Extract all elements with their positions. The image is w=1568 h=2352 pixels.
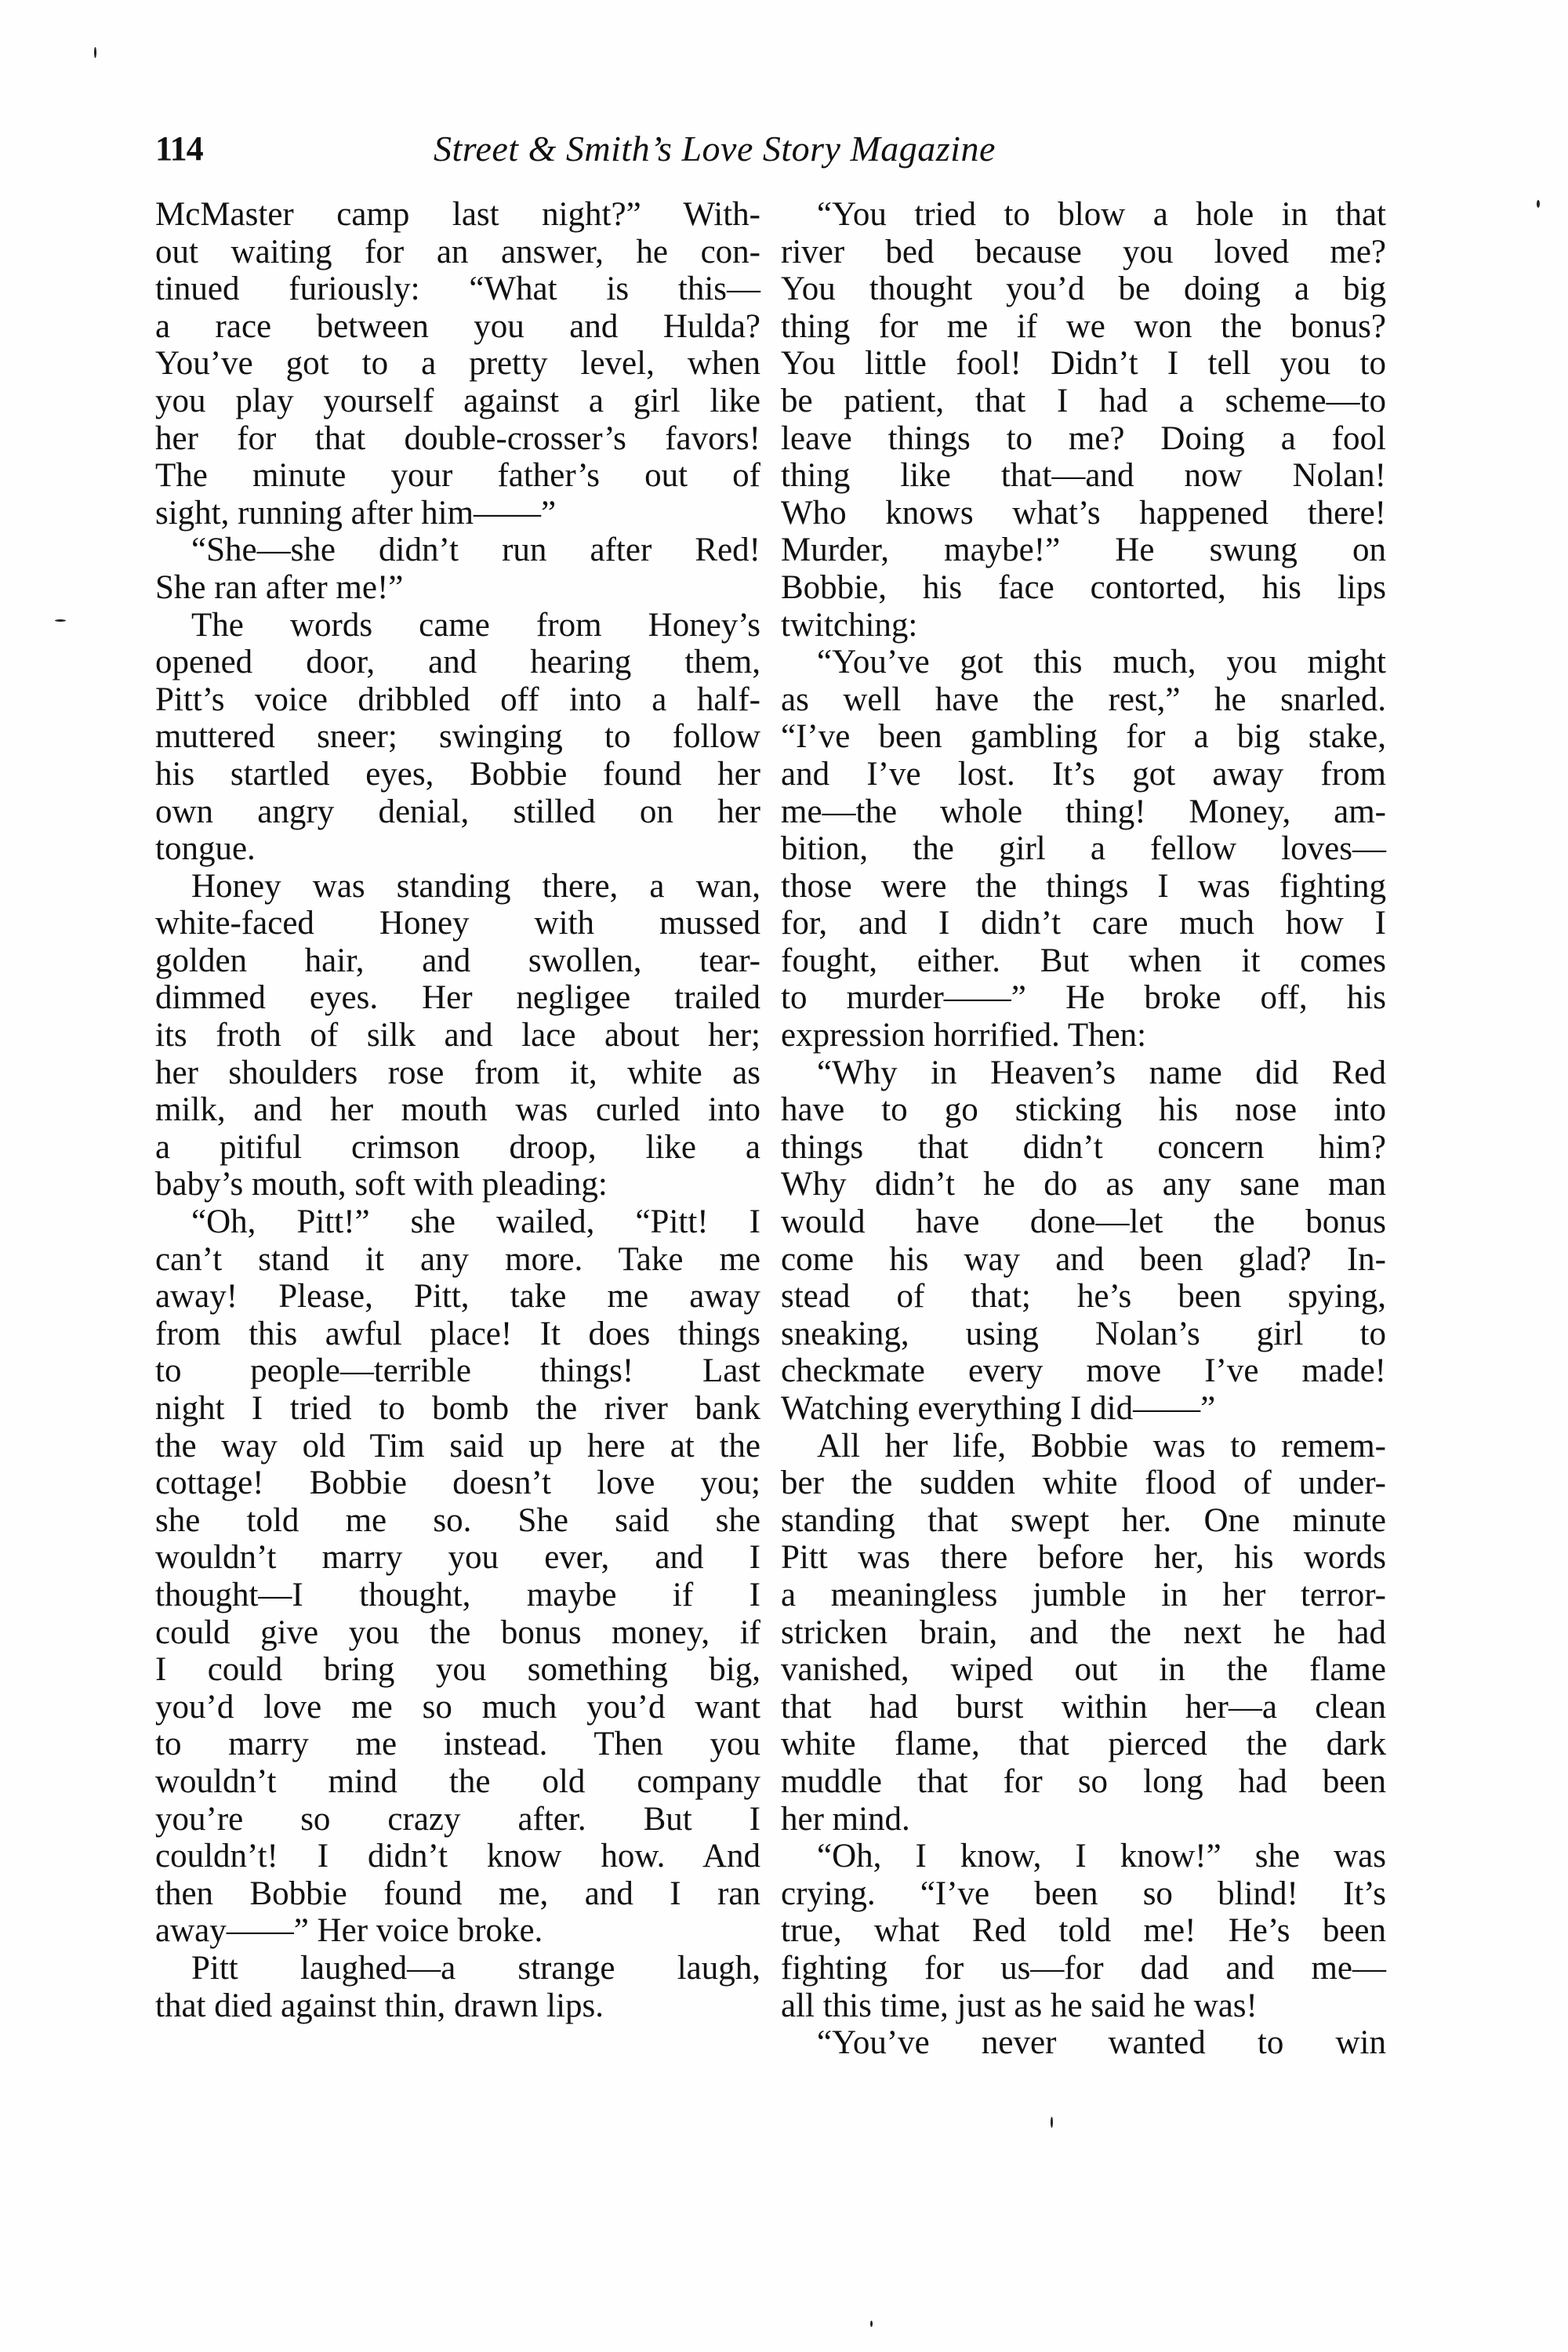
- text-line: have to go sticking his nose into: [781, 1091, 1386, 1129]
- text-line: “Why in Heaven’s name did Red: [781, 1054, 1386, 1092]
- text-line: you’d love me so much you’d want: [155, 1689, 760, 1726]
- text-line: dimmed eyes. Her negligee trailed: [155, 979, 760, 1017]
- text-line: come his way and been glad? In-: [781, 1241, 1386, 1279]
- text-line: out waiting for an answer, he con-: [155, 234, 760, 271]
- text-line: for, and I didn’t care much how I: [781, 905, 1386, 942]
- text-line: to marry me instead. Then you: [155, 1726, 760, 1763]
- text-line: me—the whole thing! Money, am-: [781, 793, 1386, 831]
- text-line: wouldn’t marry you ever, and I: [155, 1539, 760, 1577]
- text-line: a pitiful crimson droop, like a: [155, 1129, 760, 1167]
- text-line: that had burst within her—a clean: [781, 1689, 1386, 1726]
- text-line: Pitt laughed—a strange laugh,: [155, 1950, 760, 1987]
- text-line: stead of that; he’s been spying,: [781, 1278, 1386, 1316]
- text-line: away! Please, Pitt, take me away: [155, 1278, 760, 1316]
- text-line: “She—she didn’t run after Red!: [155, 532, 760, 569]
- running-head: 114 Street & Smith’s Love Story Magazine: [155, 125, 1410, 172]
- text-line: You’ve got to a pretty level, when: [155, 345, 760, 383]
- text-line: you’re so crazy after. But I: [155, 1801, 760, 1838]
- text-line: baby’s mouth, soft with pleading:: [155, 1166, 760, 1203]
- text-line: sneaking, using Nolan’s girl to: [781, 1316, 1386, 1353]
- text-line: Bobbie, his face contorted, his lips: [781, 569, 1386, 607]
- text-line: all this time, just as he said he was!: [781, 1987, 1386, 2025]
- text-line: “You’ve got this much, you might: [781, 644, 1386, 681]
- text-line: her shoulders rose from it, white as: [155, 1054, 760, 1092]
- text-line: from this awful place! It does things: [155, 1316, 760, 1353]
- text-line: river bed because you loved me?: [781, 234, 1386, 271]
- text-line: leave things to me? Doing a fool: [781, 420, 1386, 458]
- text-line: “Oh, I know, I know!” she was: [781, 1838, 1386, 1875]
- text-line: her for that double-crosser’s favors!: [155, 420, 760, 458]
- page-number: 114: [155, 125, 203, 172]
- text-line: fighting for us—for dad and me—: [781, 1950, 1386, 1987]
- text-line: golden hair, and swollen, tear-: [155, 942, 760, 980]
- text-line: I could bring you something big,: [155, 1651, 760, 1689]
- text-line: Honey was standing there, a wan,: [155, 868, 760, 906]
- text-line: can’t stand it any more. Take me: [155, 1241, 760, 1279]
- text-line: ber the sudden white flood of under-: [781, 1465, 1386, 1502]
- text-line: All her life, Bobbie was to remem-: [781, 1428, 1386, 1465]
- text-line: checkmate every move I’ve made!: [781, 1352, 1386, 1390]
- text-line: crying. “I’ve been so blind! It’s: [781, 1875, 1386, 1913]
- text-line: to murder——” He broke off, his: [781, 979, 1386, 1017]
- text-line: that died against thin, drawn lips.: [155, 1987, 760, 2025]
- text-line: away——” Her voice broke.: [155, 1912, 760, 1950]
- text-line: you play yourself against a girl like: [155, 383, 760, 420]
- text-line: his startled eyes, Bobbie found her: [155, 756, 760, 793]
- text-line: You thought you’d be doing a big: [781, 270, 1386, 308]
- text-line: Pitt was there before her, his words: [781, 1539, 1386, 1577]
- text-line: white-faced Honey with mussed: [155, 905, 760, 942]
- text-line: own angry denial, stilled on her: [155, 793, 760, 831]
- text-line: Pitt’s voice dribbled off into a half-: [155, 681, 760, 719]
- text-line: her mind.: [781, 1801, 1386, 1838]
- right-column: “You tried to blow a hole in thatriver b…: [781, 196, 1386, 2062]
- magazine-page: 114 Street & Smith’s Love Story Magazine…: [0, 0, 1568, 2352]
- text-line: The words came from Honey’s: [155, 607, 760, 644]
- text-line: its froth of silk and lace about her;: [155, 1017, 760, 1054]
- text-line: bition, the girl a fellow loves—: [781, 830, 1386, 868]
- text-line: she told me so. She said she: [155, 1502, 760, 1540]
- text-line: McMaster camp last night?” With-: [155, 196, 760, 234]
- text-line: could give you the bonus money, if: [155, 1614, 760, 1652]
- text-line: opened door, and hearing them,: [155, 644, 760, 681]
- text-line: Watching everything I did——”: [781, 1390, 1386, 1428]
- print-speck: [55, 619, 66, 622]
- print-speck: [870, 2321, 873, 2327]
- print-speck: [1051, 2117, 1053, 2128]
- text-line: night I tried to bomb the river bank: [155, 1390, 760, 1428]
- text-line: a race between you and Hulda?: [155, 308, 760, 346]
- text-line: She ran after me!”: [155, 569, 760, 607]
- text-line: “You tried to blow a hole in that: [781, 196, 1386, 234]
- text-line: expression horrified. Then:: [781, 1017, 1386, 1054]
- text-line: wouldn’t mind the old company: [155, 1763, 760, 1801]
- text-line: thing like that—and now Nolan!: [781, 457, 1386, 495]
- text-line: true, what Red told me! He’s been: [781, 1912, 1386, 1950]
- text-line: white flame, that pierced the dark: [781, 1726, 1386, 1763]
- text-line: cottage! Bobbie doesn’t love you;: [155, 1465, 760, 1502]
- text-line: You little fool! Didn’t I tell you to: [781, 345, 1386, 383]
- text-line: those were the things I was fighting: [781, 868, 1386, 906]
- text-line: stricken brain, and the next he had: [781, 1614, 1386, 1652]
- text-line: milk, and her mouth was curled into: [155, 1091, 760, 1129]
- text-line: Why didn’t he do as any sane man: [781, 1166, 1386, 1203]
- text-line: things that didn’t concern him?: [781, 1129, 1386, 1167]
- print-speck: [94, 47, 96, 58]
- text-line: “Oh, Pitt!” she wailed, “Pitt! I: [155, 1203, 760, 1241]
- text-line: twitching:: [781, 607, 1386, 644]
- left-column: McMaster camp last night?” With-out wait…: [155, 196, 760, 2024]
- text-line: to people—terrible things! Last: [155, 1352, 760, 1390]
- text-line: vanished, wiped out in the flame: [781, 1651, 1386, 1689]
- text-line: tongue.: [155, 830, 760, 868]
- text-line: couldn’t! I didn’t know how. And: [155, 1838, 760, 1875]
- text-line: then Bobbie found me, and I ran: [155, 1875, 760, 1913]
- text-line: “I’ve been gambling for a big stake,: [781, 718, 1386, 756]
- text-line: Murder, maybe!” He swung on: [781, 532, 1386, 569]
- text-line: thought—I thought, maybe if I: [155, 1577, 760, 1614]
- text-line: a meaningless jumble in her terror-: [781, 1577, 1386, 1614]
- text-line: the way old Tim said up here at the: [155, 1428, 760, 1465]
- text-line: Who knows what’s happened there!: [781, 495, 1386, 532]
- text-line: “You’ve never wanted to win: [781, 2024, 1386, 2062]
- print-speck: [1537, 200, 1540, 208]
- text-line: tinued furiously: “What is this—: [155, 270, 760, 308]
- magazine-title: Street & Smith’s Love Story Magazine: [434, 125, 996, 172]
- text-line: as well have the rest,” he snarled.: [781, 681, 1386, 719]
- text-line: would have done—let the bonus: [781, 1203, 1386, 1241]
- text-line: and I’ve lost. It’s got away from: [781, 756, 1386, 793]
- text-line: The minute your father’s out of: [155, 457, 760, 495]
- text-line: thing for me if we won the bonus?: [781, 308, 1386, 346]
- text-line: fought, either. But when it comes: [781, 942, 1386, 980]
- text-line: be patient, that I had a scheme—to: [781, 383, 1386, 420]
- text-line: standing that swept her. One minute: [781, 1502, 1386, 1540]
- text-line: sight, running after him——”: [155, 495, 760, 532]
- text-line: muttered sneer; swinging to follow: [155, 718, 760, 756]
- text-line: muddle that for so long had been: [781, 1763, 1386, 1801]
